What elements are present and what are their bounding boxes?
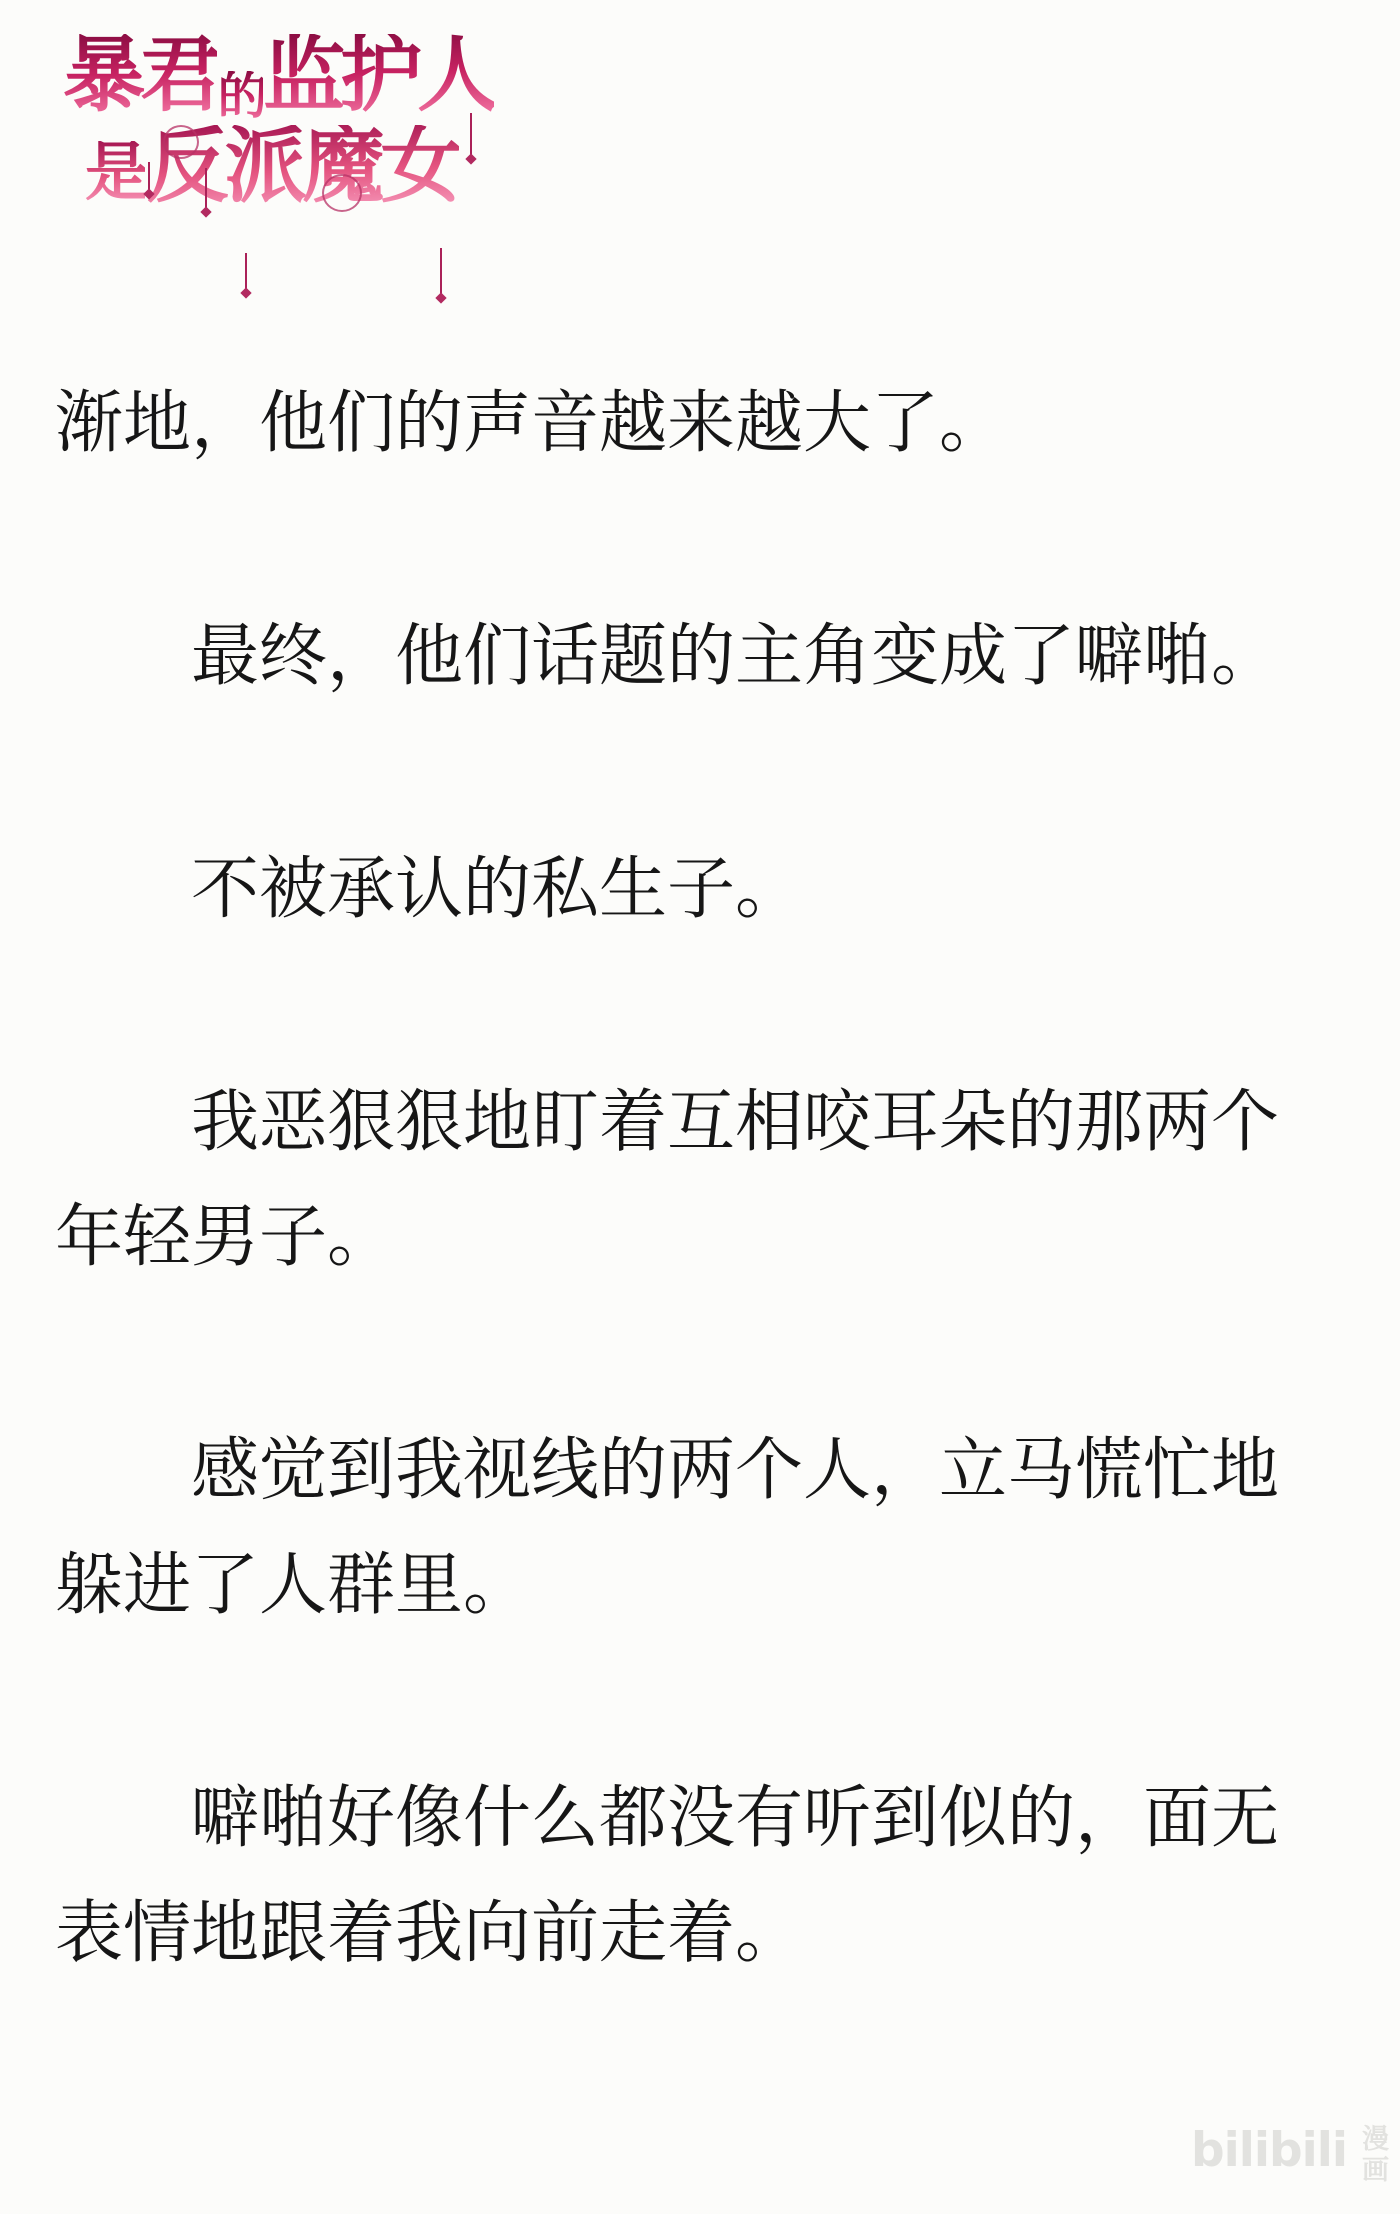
paragraph: 感觉到我视线的两个人，立马慌忙地 躲进了人群里。	[55, 1413, 1345, 1643]
paragraph: 渐地，他们的声音越来越大了。	[55, 366, 1345, 481]
ornament-circle-icon	[322, 174, 362, 212]
ornament-circle-icon	[163, 125, 199, 159]
ornament-diamond-dangle-icon	[470, 113, 472, 157]
ornament-diamond-dangle-icon	[440, 248, 442, 296]
logo-title-line1: 暴君 的 监护人	[63, 34, 503, 121]
story-text: 渐地，他们的声音越来越大了。最终，他们话题的主角变成了噼啪。不被承认的私生子。我…	[55, 366, 1345, 2109]
paragraph: 我恶狠狠地盯着互相咬耳朵的那两个 年轻男子。	[55, 1065, 1345, 1295]
paragraph: 不被承认的私生子。	[55, 832, 1345, 947]
paragraph: 最终，他们话题的主角变成了噼啪。	[55, 599, 1345, 714]
logo-text-baojun: 暴君	[63, 34, 217, 116]
paragraph: 噼啪好像什么都没有听到似的，面无 表情地跟着我向前走着。	[55, 1761, 1345, 1991]
ornament-diamond-dangle-icon	[205, 168, 207, 210]
ornament-diamond-dangle-icon	[245, 253, 247, 291]
logo-text-jianhuren: 监护人	[263, 34, 494, 116]
manga-label: 漫画	[1362, 2124, 1392, 2186]
bilibili-watermark: bilibili 漫画	[1191, 2118, 1392, 2186]
series-logo: 暴君 的 监护人 是 反派魔女	[63, 34, 503, 207]
ornament-diamond-dangle-icon	[148, 162, 150, 192]
logo-text-de: 的	[218, 71, 263, 121]
bilibili-logo-text: bilibili	[1191, 2118, 1347, 2184]
logo-text-shi: 是	[85, 141, 145, 205]
